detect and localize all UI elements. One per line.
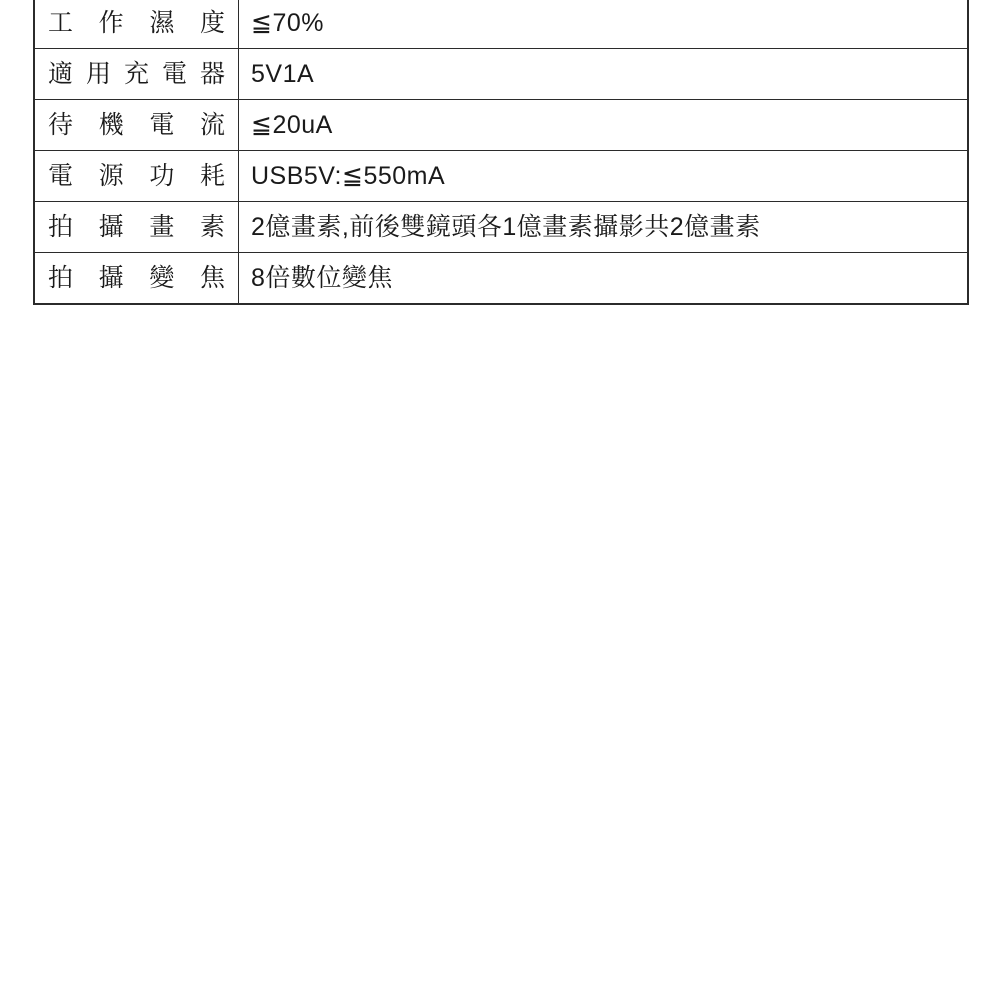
spec-label: 適用充電器 — [34, 49, 239, 100]
table-row: 工作濕度 ≦70% — [34, 0, 968, 49]
spec-value: ≦70% — [239, 0, 969, 49]
spec-value: ≦20uA — [239, 100, 969, 151]
table-row: 適用充電器 5V1A — [34, 49, 968, 100]
table-row: 待機電流 ≦20uA — [34, 100, 968, 151]
table-row: 電源功耗 USB5V:≦550mA — [34, 151, 968, 202]
spec-label: 拍攝畫素 — [34, 202, 239, 253]
spec-label: 拍攝變焦 — [34, 253, 239, 305]
spec-value: USB5V:≦550mA — [239, 151, 969, 202]
spec-value: 8倍數位變焦 — [239, 253, 969, 305]
spec-label: 工作濕度 — [34, 0, 239, 49]
table-row: 拍攝畫素 2億畫素,前後雙鏡頭各1億畫素攝影共2億畫素 — [34, 202, 968, 253]
spec-value: 5V1A — [239, 49, 969, 100]
spec-table: 工作濕度 ≦70% 適用充電器 5V1A 待機電流 ≦20uA 電源功耗 USB… — [33, 0, 969, 305]
spec-label: 待機電流 — [34, 100, 239, 151]
spec-value: 2億畫素,前後雙鏡頭各1億畫素攝影共2億畫素 — [239, 202, 969, 253]
page: 工作濕度 ≦70% 適用充電器 5V1A 待機電流 ≦20uA 電源功耗 USB… — [0, 0, 1000, 1000]
spec-label: 電源功耗 — [34, 151, 239, 202]
table-row: 拍攝變焦 8倍數位變焦 — [34, 253, 968, 305]
spec-table-body: 工作濕度 ≦70% 適用充電器 5V1A 待機電流 ≦20uA 電源功耗 USB… — [34, 0, 968, 304]
